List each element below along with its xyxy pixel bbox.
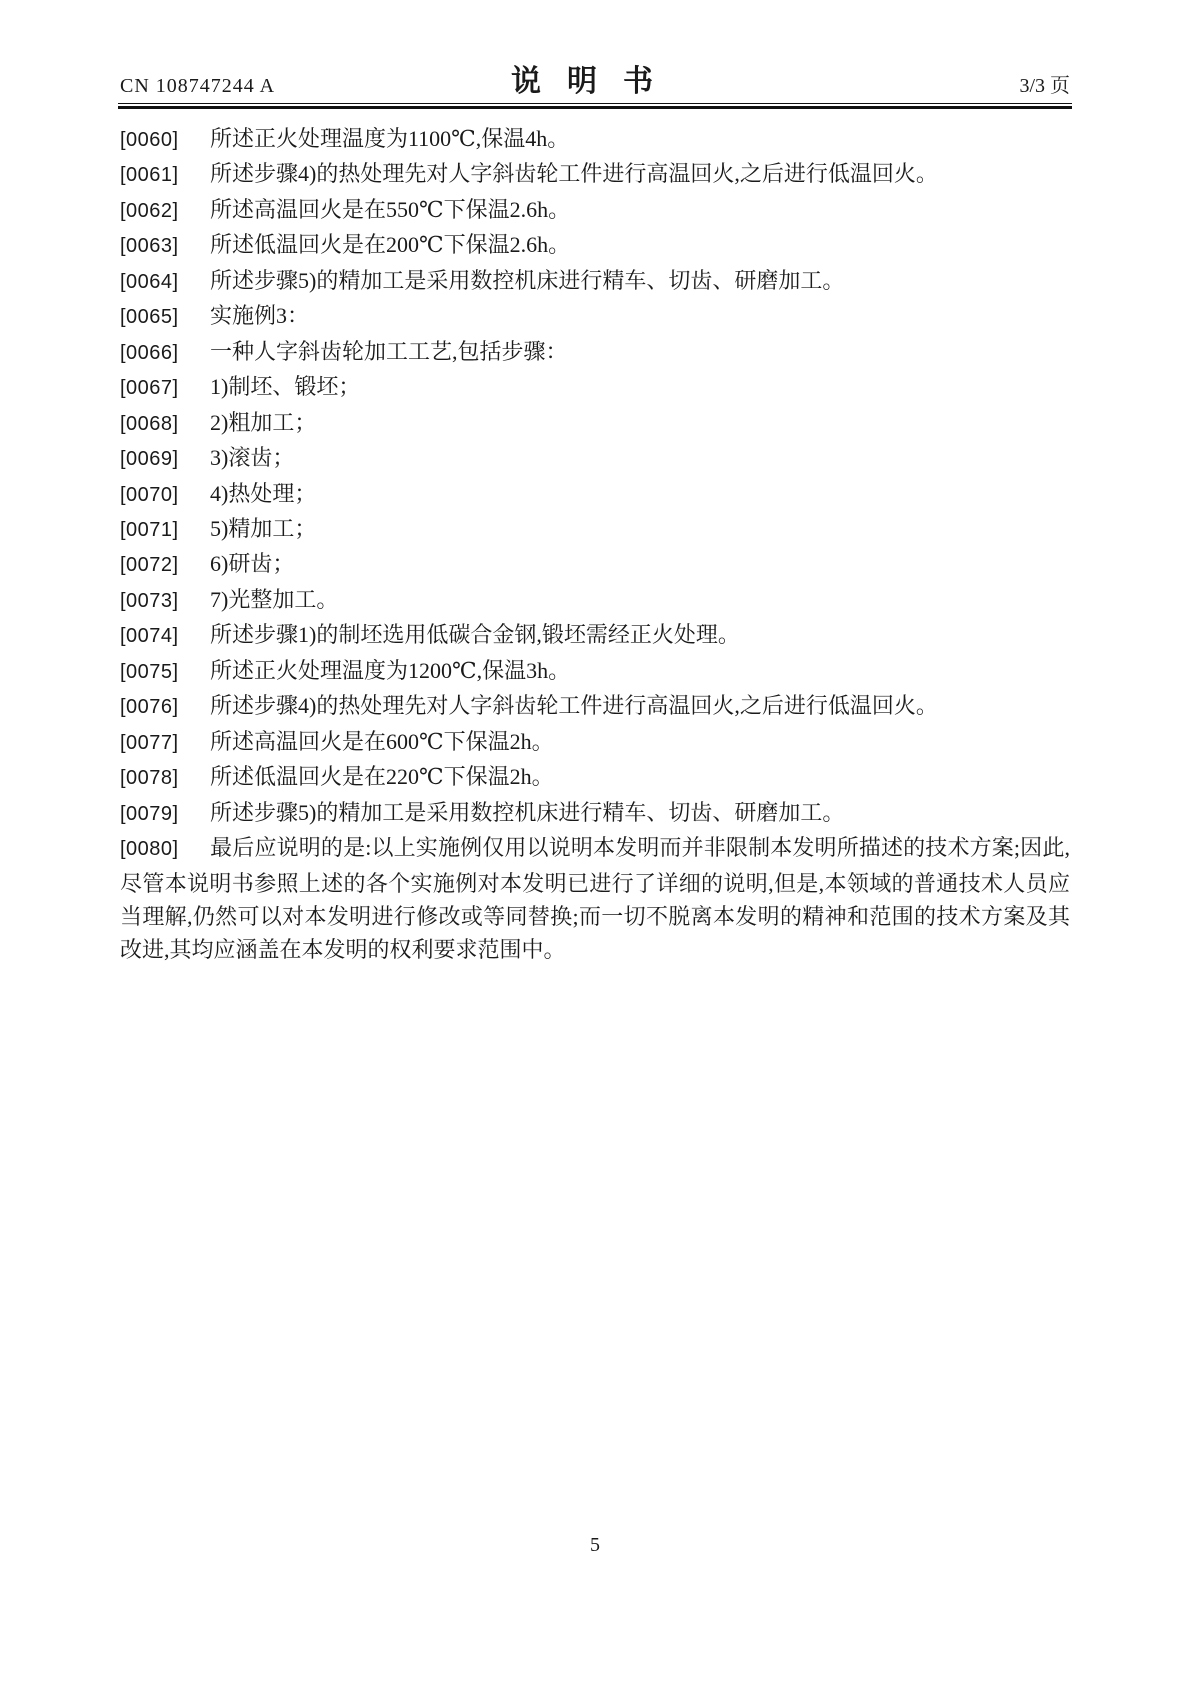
paragraph-number: [0060] (120, 124, 210, 157)
specification-paragraph: [0077]所述高温回火是在600℃下保温2h。 (120, 725, 1070, 760)
page-footer: 5 (0, 1534, 1190, 1557)
paragraph-number: [0075] (120, 656, 210, 689)
specification-paragraph: [0078]所述低温回火是在220℃下保温2h。 (120, 760, 1070, 795)
specification-paragraph: [0076]所述步骤4)的热处理先对人字斜齿轮工件进行高温回火,之后进行低温回火… (120, 689, 1070, 724)
paragraph-number: [0076] (120, 691, 210, 724)
paragraph-text: 所述步骤5)的精加工是采用数控机床进行精车、切齿、研磨加工。 (210, 800, 844, 825)
page-title: 说明书 (511, 56, 679, 100)
page-number: 5 (590, 1534, 600, 1556)
paragraph-number: [0066] (120, 337, 210, 370)
specification-paragraph: [0062]所述高温回火是在550℃下保温2.6h。 (120, 193, 1070, 228)
specification-paragraph: [0074]所述步骤1)的制坯选用低碳合金钢,锻坯需经正火处理。 (120, 618, 1070, 653)
specification-paragraph: [0072]6)研齿； (120, 547, 1070, 582)
paragraph-number: [0079] (120, 798, 210, 831)
header-rule (118, 103, 1072, 109)
paragraph-text: 所述低温回火是在220℃下保温2h。 (210, 764, 554, 789)
specification-paragraph: [0067]1)制坯、锻坯； (120, 370, 1070, 405)
paragraph-text: 所述正火处理温度为1100℃,保温4h。 (210, 126, 569, 151)
paragraph-number: [0069] (120, 443, 210, 476)
specification-body: [0060]所述正火处理温度为1100℃,保温4h。 [0061]所述步骤4)的… (120, 122, 1070, 967)
specification-paragraph: [0075]所述正火处理温度为1200℃,保温3h。 (120, 654, 1070, 689)
paragraph-number: [0063] (120, 230, 210, 263)
paragraph-number: [0074] (120, 620, 210, 653)
paragraph-text: 所述步骤4)的热处理先对人字斜齿轮工件进行高温回火,之后进行低温回火。 (210, 161, 938, 186)
page-header: CN 108747244 A 说明书 3/3 页 (120, 64, 1070, 98)
specification-paragraph: [0060]所述正火处理温度为1100℃,保温4h。 (120, 122, 1070, 157)
paragraph-number: [0068] (120, 408, 210, 441)
paragraph-text: 3)滚齿； (210, 445, 294, 470)
paragraph-text: 所述高温回火是在550℃下保温2.6h。 (210, 197, 570, 222)
paragraph-text: 所述步骤1)的制坯选用低碳合金钢,锻坯需经正火处理。 (210, 622, 740, 647)
paragraph-text: 6)研齿； (210, 551, 294, 576)
paragraph-text: 最后应说明的是:以上实施例仅用以说明本发明而并非限制本发明所描述的技术方案;因此… (120, 835, 1070, 962)
specification-paragraph: [0068]2)粗加工； (120, 406, 1070, 441)
paragraph-text: 所述步骤4)的热处理先对人字斜齿轮工件进行高温回火,之后进行低温回火。 (210, 693, 938, 718)
paragraph-number: [0073] (120, 585, 210, 618)
paragraph-number: [0070] (120, 479, 210, 512)
specification-paragraph: [0063]所述低温回火是在200℃下保温2.6h。 (120, 228, 1070, 263)
paragraph-number: [0062] (120, 195, 210, 228)
publication-number: CN 108747244 A (120, 75, 275, 98)
paragraph-text: 实施例3： (210, 303, 309, 328)
specification-paragraph: [0061]所述步骤4)的热处理先对人字斜齿轮工件进行高温回火,之后进行低温回火… (120, 157, 1070, 192)
paragraph-number: [0077] (120, 727, 210, 760)
specification-paragraph: [0064]所述步骤5)的精加工是采用数控机床进行精车、切齿、研磨加工。 (120, 264, 1070, 299)
paragraph-text: 5)精加工； (210, 516, 316, 541)
paragraph-number: [0067] (120, 372, 210, 405)
sheet-indicator: 3/3 页 (1019, 69, 1070, 98)
paragraph-text: 7)光整加工。 (210, 587, 338, 612)
paragraph-text: 1)制坯、锻坯； (210, 374, 360, 399)
paragraph-number: [0072] (120, 549, 210, 582)
patent-specification-page: CN 108747244 A 说明书 3/3 页 [0060]所述正火处理温度为… (0, 0, 1190, 1684)
specification-paragraph: [0066]一种人字斜齿轮加工工艺,包括步骤： (120, 335, 1070, 370)
paragraph-text: 所述低温回火是在200℃下保温2.6h。 (210, 232, 570, 257)
specification-paragraph: [0079]所述步骤5)的精加工是采用数控机床进行精车、切齿、研磨加工。 (120, 796, 1070, 831)
specification-paragraph: [0073]7)光整加工。 (120, 583, 1070, 618)
specification-paragraph: [0070]4)热处理； (120, 477, 1070, 512)
specification-paragraph: [0080]最后应说明的是:以上实施例仅用以说明本发明而并非限制本发明所描述的技… (120, 831, 1070, 967)
paragraph-number: [0065] (120, 301, 210, 334)
specification-paragraph: [0065]实施例3： (120, 299, 1070, 334)
paragraph-number: [0064] (120, 266, 210, 299)
paragraph-text: 2)粗加工； (210, 410, 316, 435)
paragraph-text: 所述步骤5)的精加工是采用数控机床进行精车、切齿、研磨加工。 (210, 268, 844, 293)
paragraph-text: 4)热处理； (210, 481, 316, 506)
paragraph-number: [0061] (120, 159, 210, 192)
specification-paragraph: [0071]5)精加工； (120, 512, 1070, 547)
specification-paragraph: [0069]3)滚齿； (120, 441, 1070, 476)
paragraph-text: 所述高温回火是在600℃下保温2h。 (210, 729, 554, 754)
paragraph-number: [0080] (120, 833, 210, 866)
paragraph-number: [0078] (120, 762, 210, 795)
paragraph-number: [0071] (120, 514, 210, 547)
paragraph-text: 所述正火处理温度为1200℃,保温3h。 (210, 658, 570, 683)
paragraph-text: 一种人字斜齿轮加工工艺,包括步骤： (210, 339, 568, 364)
